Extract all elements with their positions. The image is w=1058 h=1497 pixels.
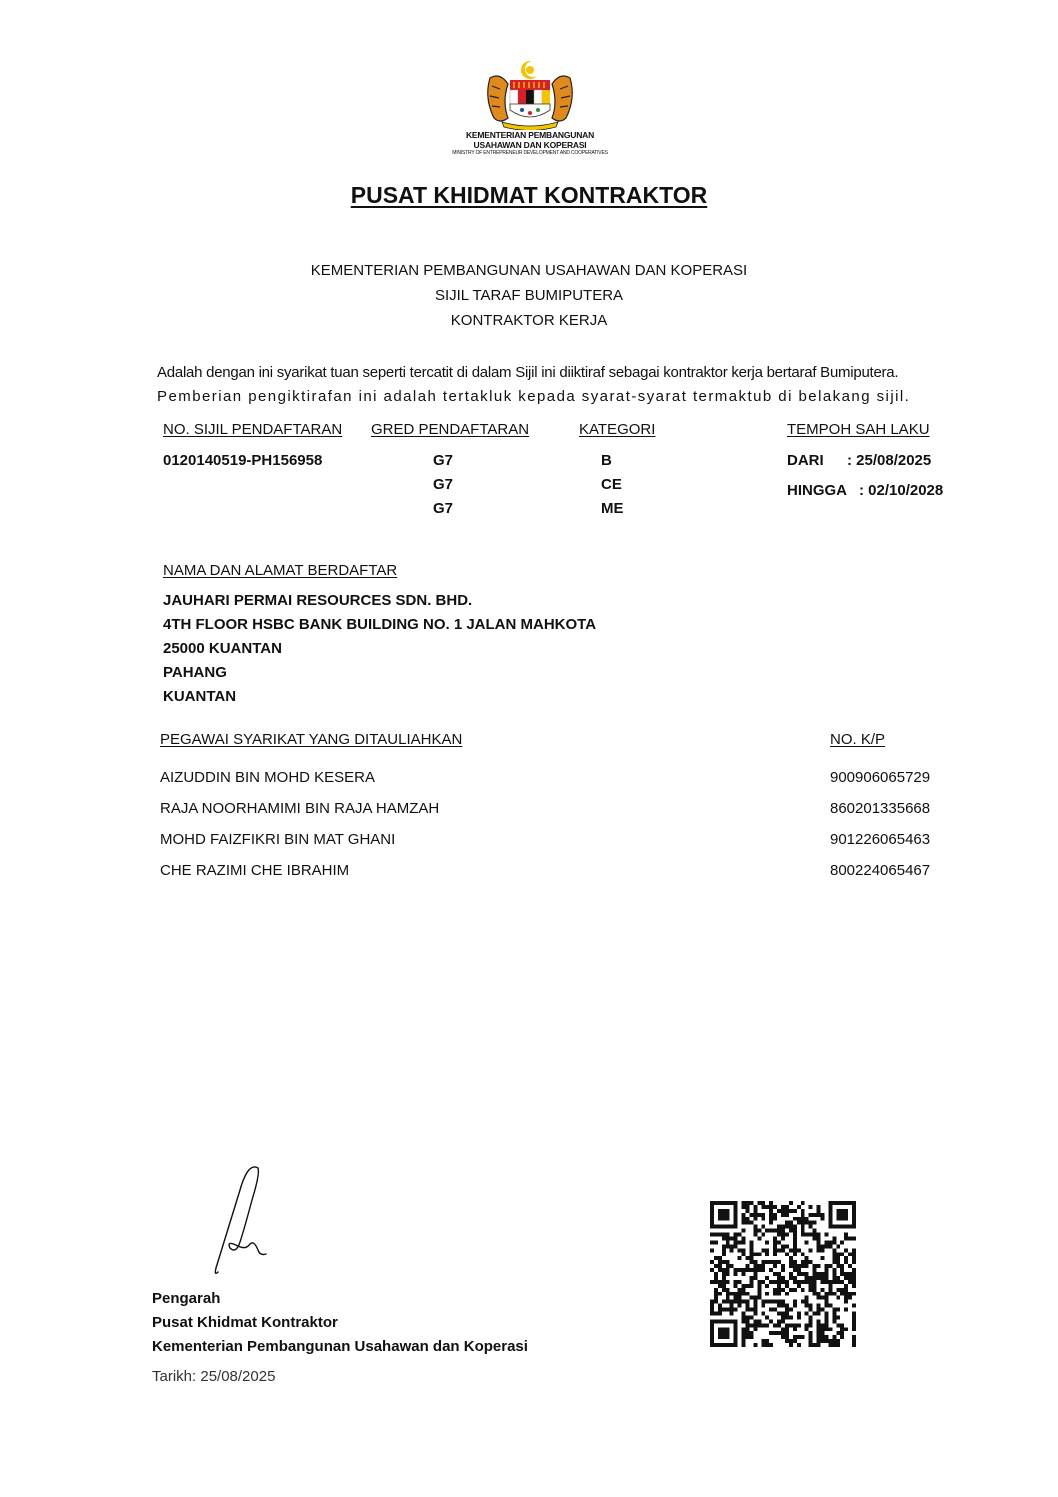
ministry-logo: KEMENTERIAN PEMBANGUNAN USAHAWAN DAN KOP… — [440, 58, 620, 168]
address-city: KUANTAN — [163, 688, 236, 705]
header-officers: PEGAWAI SYARIKAT YANG DITAULIAHKAN — [160, 731, 462, 748]
officer-ic: 901226065463 — [830, 831, 930, 848]
header-address: NAMA DAN ALAMAT BERDAFTAR — [163, 562, 397, 579]
subheading-contractor-type: KONTRAKTOR KERJA — [0, 312, 1058, 329]
grade-row-3: G7 — [433, 500, 453, 517]
logo-line-3: MINISTRY OF ENTREPRENEUR DEVELOPMENT AND… — [440, 150, 620, 157]
header-ic-no: NO. K/P — [830, 731, 885, 748]
grade-row-2: G7 — [433, 476, 453, 493]
validity-from-label: DARI — [787, 452, 824, 469]
subheading-cert-type: SIJIL TARAF BUMIPUTERA — [0, 287, 1058, 304]
header-grade: GRED PENDAFTARAN — [371, 421, 529, 438]
subheading-ministry: KEMENTERIAN PEMBANGUNAN USAHAWAN DAN KOP… — [0, 262, 1058, 279]
coat-of-arms-icon — [480, 58, 580, 130]
intro-line-2: Pemberian pengiktirafan ini adalah terta… — [157, 388, 997, 405]
issue-date: Tarikh: 25/08/2025 — [152, 1368, 275, 1385]
header-validity: TEMPOH SAH LAKU — [787, 421, 930, 438]
validity-from-value: : 25/08/2025 — [847, 452, 931, 469]
signature-icon — [200, 1160, 280, 1280]
signatory-block: Pengarah Pusat Khidmat Kontraktor Kement… — [152, 1287, 528, 1359]
validity-to-value: : 02/10/2028 — [859, 482, 943, 499]
officer-name: RAJA NOORHAMIMI BIN RAJA HAMZAH — [160, 800, 439, 817]
grade-row-1: G7 — [433, 452, 453, 469]
category-row-2: CE — [601, 476, 622, 493]
officer-name: AIZUDDIN BIN MOHD KESERA — [160, 769, 375, 786]
officer-name: MOHD FAIZFIKRI BIN MAT GHANI — [160, 831, 395, 848]
signatory-ministry: Kementerian Pembangunan Usahawan dan Kop… — [152, 1335, 528, 1359]
category-row-1: B — [601, 452, 612, 469]
qr-code-icon — [710, 1201, 856, 1347]
address-line-1: 4TH FLOOR HSBC BANK BUILDING NO. 1 JALAN… — [163, 616, 596, 633]
officer-ic: 800224065467 — [830, 862, 930, 879]
header-category: KATEGORI — [579, 421, 655, 438]
signatory-title: Pengarah — [152, 1287, 528, 1311]
page-title: PUSAT KHIDMAT KONTRAKTOR — [0, 182, 1058, 209]
header-cert-no: NO. SIJIL PENDAFTARAN — [163, 421, 342, 438]
signatory-department: Pusat Khidmat Kontraktor — [152, 1311, 528, 1335]
intro-line-1: Adalah dengan ini syarikat tuan seperti … — [157, 364, 898, 381]
validity-to-label: HINGGA — [787, 482, 847, 499]
officer-name: CHE RAZIMI CHE IBRAHIM — [160, 862, 349, 879]
address-company-name: JAUHARI PERMAI RESOURCES SDN. BHD. — [163, 592, 472, 609]
cert-number: 0120140519-PH156958 — [163, 452, 322, 469]
address-state: PAHANG — [163, 664, 227, 681]
logo-line-1: KEMENTERIAN PEMBANGUNAN — [440, 130, 620, 140]
category-row-3: ME — [601, 500, 624, 517]
address-line-2: 25000 KUANTAN — [163, 640, 282, 657]
officer-ic: 860201335668 — [830, 800, 930, 817]
officer-ic: 900906065729 — [830, 769, 930, 786]
logo-line-2: USAHAWAN DAN KOPERASI — [440, 140, 620, 150]
